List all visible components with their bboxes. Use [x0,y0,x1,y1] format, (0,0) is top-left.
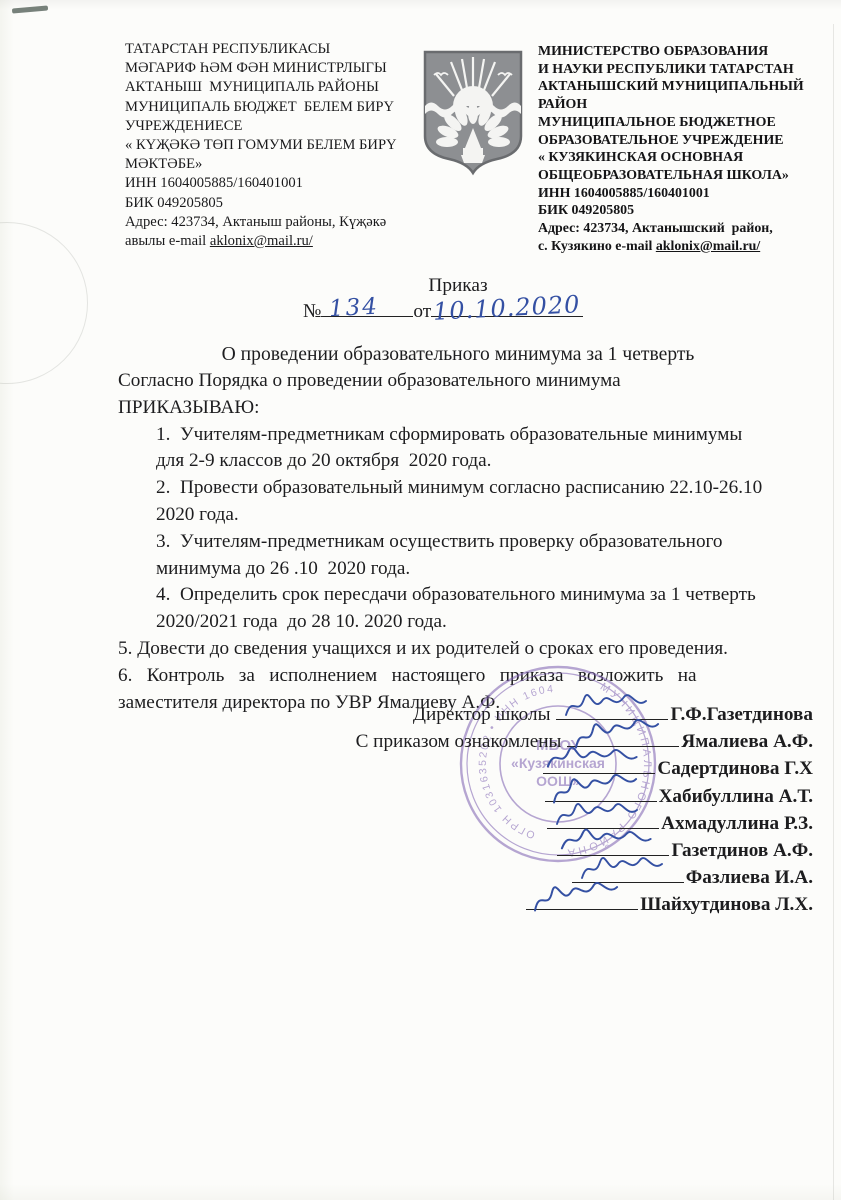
signature-rows: Директор школыГ.Ф.Газетдинова С приказом… [253,703,813,921]
header-right-line: МИНИСТЕРСТВО ОБРАЗОВАНИЯ [538,43,830,61]
header-right-line: МУНИЦИПАЛЬНОЕ БЮДЖЕТНОЕ [538,114,830,132]
item-number: 6. [118,665,132,686]
email-link: aklonix@mail.ru/ [656,239,760,254]
header-left-line: УЧРЕЖДЕНИЕСЕ [125,117,433,136]
scanned-order-document: ТАТАРСТАН РЕСПУБЛИКАСЫМӘГАРИФ ҺӘМ ФӘН МИ… [0,0,841,1200]
scan-artifact-dash [12,5,48,13]
header-right-email-line: с. Кузякино e-mail aklonix@mail.ru/ [538,238,830,256]
header-right-line: БИК 049205805 [538,202,830,220]
signature-row: Шайхутдинова Л.Х. [253,893,813,920]
signature-line [526,893,638,910]
order-item: 4. Определить срок пересдачи образовател… [156,582,810,636]
number-label: № [303,301,321,322]
header-right-line: РАЙОН [538,96,830,114]
signature-label: Директор школы [413,704,551,726]
header-right-line: ИНН 1604005885/160401001 [538,185,830,203]
header-left-line: « КҮҖӘКӘ ТӨП ГОМУМИ БЕЛЕМ БИРҮ [125,136,433,155]
header-left-line: ТАТАРСТАН РЕСПУБЛИКАСЫ [125,40,433,59]
order-subject: О проведении образовательного минимума з… [75,343,841,367]
signature-name: Газетдинов А.Ф. [671,840,813,862]
order-number-line: №134от10.10.2020 [303,299,841,329]
header-left-line: Адрес: 423734, Актаныш районы, Күҗәкә [125,213,433,232]
header-right-line: И НАУКИ РЕСПУБЛИКИ ТАТАРСТАН [538,61,830,79]
resolve-word: ПРИКАЗЫВАЮ: [118,395,810,422]
signature-row: Хабибуллина А.Т. [253,785,813,812]
from-label: от [413,301,431,322]
header-left-line: МУНИЦИПАЛЬ БЮДЖЕТ БЕЛЕМ БИРҮ [125,98,433,117]
order-body: Согласно Порядка о проведении образовате… [118,368,810,716]
item-number: 5. [118,638,132,659]
item-text: Довести до сведения учащихся и их родите… [132,638,728,659]
email-prefix: с. Кузякино e-mail [538,239,656,254]
header-left-line: АКТАНЫШ МУНИЦИПАЛЬ РАЙОНЫ [125,78,433,97]
header-left-email-line: авылы e-mail aklonix@mail.ru/ [125,232,433,251]
header-left-line: МӘКТӘБЕ» [125,155,433,174]
order-items: 1. Учителям-предметникам сформировать об… [118,422,810,717]
scan-edge-line [833,24,835,1200]
handwritten-number: 134 [329,295,380,322]
header-left-block: ТАТАРСТАН РЕСПУБЛИКАСЫМӘГАРИФ ҺӘМ ФӘН МИ… [125,40,433,251]
order-item: 5. Довести до сведения учащихся и их род… [118,636,810,663]
order-item: 1. Учителям-предметникам сформировать об… [156,422,810,476]
item-text: Определить срок пересдачи образовательно… [156,584,756,632]
signature-name: Ямалиева А.Ф. [681,731,813,753]
item-text: Учителям-предметникам сформировать образ… [156,424,742,472]
header-right-line: Адрес: 423734, Актанышский район, [538,220,830,238]
header-right-line: « КУЗЯКИНСКАЯ ОСНОВНАЯ [538,149,830,167]
order-item: 2. Провести образовательный минимум согл… [156,475,810,529]
signature-label: С приказом ознакомлены [356,731,562,753]
signature-row: Ахмадуллина Р.З. [253,812,813,839]
intro-paragraph: Согласно Порядка о проведении образовате… [118,368,810,395]
order-heading: Приказ №134от10.10.2020 О проведении обр… [75,274,841,367]
order-item: 3. Учителям-предметникам осуществить про… [156,529,810,583]
signature-row: Садертдинова Г.Х [253,757,813,784]
header-right-lines: МИНИСТЕРСТВО ОБРАЗОВАНИЯИ НАУКИ РЕСПУБЛИ… [538,43,830,238]
date-blank: 10.10.2020 [431,299,583,317]
header-right-line: ОБРАЗОВАТЕЛЬНОЕ УЧРЕЖДЕНИЕ [538,132,830,150]
header-left-lines: ТАТАРСТАН РЕСПУБЛИКАСЫМӘГАРИФ ҺӘМ ФӘН МИ… [125,40,433,232]
signature-name: Ахмадуллина Р.З. [661,813,813,835]
header-right-block: МИНИСТЕРСТВО ОБРАЗОВАНИЯИ НАУКИ РЕСПУБЛИ… [538,43,830,255]
header-left-line: ИНН 1604005885/160401001 [125,174,433,193]
email-link: aklonix@mail.ru/ [210,233,313,249]
header-left-line: БИК 049205805 [125,194,433,213]
number-blank: 134 [321,299,413,317]
signature-row: Газетдинов А.Ф. [253,839,813,866]
signature-row: С приказом ознакомленыЯмалиева А.Ф. [253,730,813,757]
item-number: 1. [156,424,170,445]
item-number: 3. [156,531,170,552]
signature-row: Директор школыГ.Ф.Газетдинова [253,703,813,730]
item-number: 4. [156,584,170,605]
signature-block: Директор школыГ.Ф.Газетдинова С приказом… [253,703,813,921]
signature-name: Садертдинова Г.Х [657,758,813,780]
signature-name: Шайхутдинова Л.Х. [640,894,813,916]
header-left-line: МӘГАРИФ ҺӘМ ФӘН МИНИСТРЛЫГЫ [125,59,433,78]
item-text: Учителям-предметникам осуществить провер… [156,531,723,579]
signature-name: Фазлиева И.А. [686,867,813,889]
item-text: Провести образовательный минимум согласн… [156,477,762,525]
coat-of-arms-emblem [418,44,528,176]
header-right-line: ОБЩЕОБРАЗОВАТЕЛЬНАЯ ШКОЛА» [538,167,830,185]
item-number: 2. [156,477,170,498]
order-title: Приказ [428,275,487,296]
signature-name: Хабибуллина А.Т. [659,786,813,808]
email-prefix: авылы e-mail [125,233,210,249]
handwritten-date: 10.10.2020 [433,292,581,324]
signature-name: Г.Ф.Газетдинова [670,704,813,726]
header-right-line: АКТАНЫШСКИЙ МУНИЦИПАЛЬНЫЙ [538,78,830,96]
